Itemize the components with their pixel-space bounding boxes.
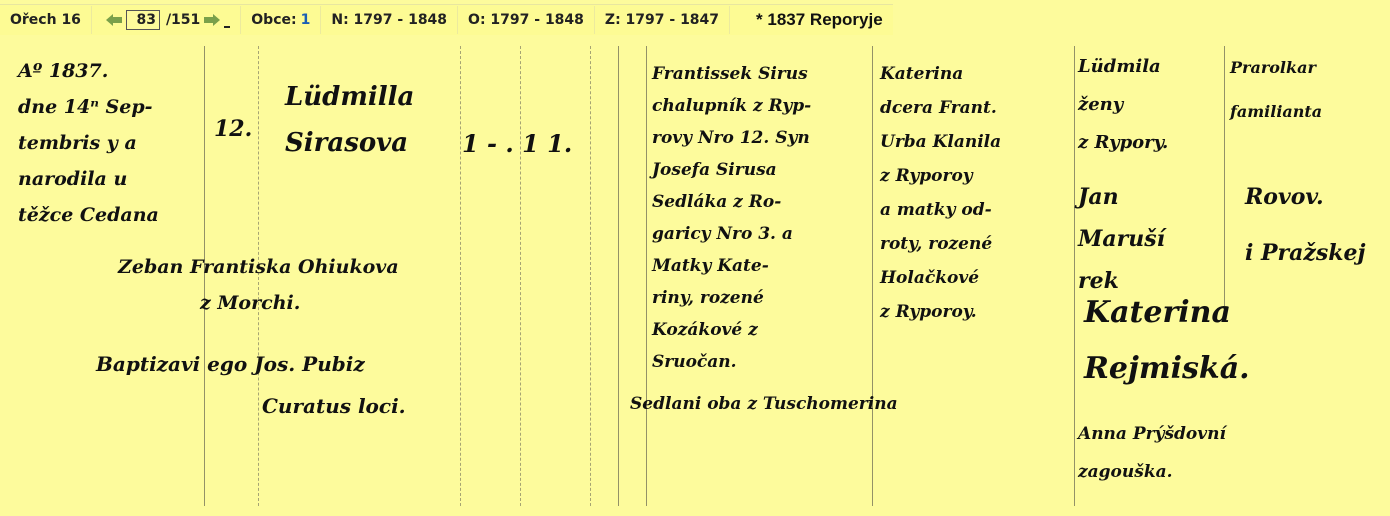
obce-link[interactable]: 1 — [301, 12, 311, 28]
handwritten-mother: dcera Frant. — [880, 100, 997, 117]
handwritten-father: Sedláka z Ro- — [652, 194, 781, 211]
handwritten-marks: 1 - . 1 1. — [462, 132, 572, 156]
handwritten-note: Curatus loci. — [262, 396, 406, 416]
handwritten-date: Aº 1837. — [18, 62, 108, 81]
handwritten-mother: Urba Klanila — [880, 134, 1001, 151]
handwritten-godparent: Lüdmila — [1078, 58, 1161, 76]
handwritten-note: z Morchi. — [200, 294, 300, 313]
page-navigator: /151 — [92, 6, 241, 34]
column-rule — [646, 46, 647, 506]
births-range: N: 1797 - 1848 — [321, 6, 458, 34]
column-rule — [618, 46, 619, 506]
handwritten-mother: roty, rozené — [880, 236, 992, 253]
obce-label: Obce: — [251, 12, 296, 28]
handwritten-father: rovy Nro 12. Syn — [652, 130, 810, 147]
column-rule — [460, 46, 461, 506]
column-rule — [872, 46, 873, 506]
handwritten-father: garicy Nro 3. a — [652, 226, 793, 243]
handwritten-mother: z Ryporoy. — [880, 304, 977, 321]
obce-info: Obce: 1 — [241, 6, 321, 34]
handwritten-godparent: Jan — [1078, 186, 1119, 208]
marriages-range: O: 1797 - 1848 — [458, 6, 595, 34]
record-title: * 1837 Reporyje — [730, 6, 893, 34]
handwritten-date: dne 14ⁿ Sep- — [18, 98, 153, 117]
handwritten-child-name: Sirasova — [285, 130, 408, 156]
handwritten-date: tembris y a — [18, 134, 137, 153]
column-rule — [1074, 46, 1075, 506]
handwritten-father: chalupník z Ryp- — [652, 98, 811, 115]
register-scan-image: Aº 1837.dne 14ⁿ Sep-tembris y anarodila … — [0, 36, 1390, 516]
handwritten-father: Josefa Sirusa — [652, 162, 777, 179]
handwritten-remarks: Prarolkar — [1230, 60, 1316, 76]
handwritten-father: Frantissek Sirus — [652, 66, 808, 83]
page-number-input[interactable] — [126, 10, 160, 30]
handwritten-father: Kozákové z — [652, 322, 758, 339]
handwritten-mother: Holačkové — [880, 270, 979, 287]
handwritten-remarks: i Pražskej — [1245, 242, 1365, 264]
handwritten-mother: z Ryporoy — [880, 168, 973, 185]
handwritten-entry-number: 12. — [214, 118, 252, 140]
handwritten-father: riny, rozené — [652, 290, 764, 307]
handwritten-note: Sedlani oba z Tuschomerina — [630, 396, 898, 413]
handwritten-godparent: Maruší — [1078, 228, 1165, 250]
handwritten-godparent: Rejmiská. — [1084, 354, 1250, 384]
handwritten-date: těžce Cedana — [18, 206, 159, 225]
handwritten-mother: a matky od- — [880, 202, 992, 219]
handwritten-remarks: familianta — [1230, 104, 1322, 120]
prev-page-arrow-icon[interactable] — [106, 14, 122, 26]
column-rule — [1224, 46, 1225, 306]
handwritten-father: Matky Kate- — [652, 258, 769, 275]
handwritten-godparent: zagouška. — [1078, 464, 1173, 481]
column-rule — [590, 46, 591, 506]
handwritten-mother: Katerina — [880, 66, 963, 83]
handwritten-father: Sruočan. — [652, 354, 737, 371]
handwritten-note: Zeban Frantiska Ohiukova — [118, 258, 399, 277]
record-toolbar: Ořech 16 /151 Obce: 1 N: 1797 - 1848 O: … — [0, 4, 893, 35]
handwritten-remarks: Rovov. — [1245, 186, 1324, 208]
handwritten-godparent: Katerina — [1084, 298, 1231, 328]
deaths-range: Z: 1797 - 1847 — [595, 6, 730, 34]
page-total: /151 — [166, 12, 200, 28]
book-label: Ořech 16 — [0, 6, 92, 34]
handwritten-note: Baptizavi ego Jos. Pubiz — [96, 354, 365, 374]
cursor-mark — [224, 26, 230, 28]
next-page-arrow-icon[interactable] — [204, 14, 220, 26]
handwritten-godparent: ženy — [1078, 96, 1123, 114]
handwritten-date: narodila u — [18, 170, 127, 189]
handwritten-godparent: Anna Prýšdovní — [1078, 426, 1226, 443]
handwritten-godparent: z Rypory. — [1078, 134, 1168, 152]
handwritten-godparent: rek — [1078, 270, 1119, 292]
handwritten-child-name: Lüdmilla — [285, 84, 414, 110]
column-rule — [520, 46, 521, 506]
